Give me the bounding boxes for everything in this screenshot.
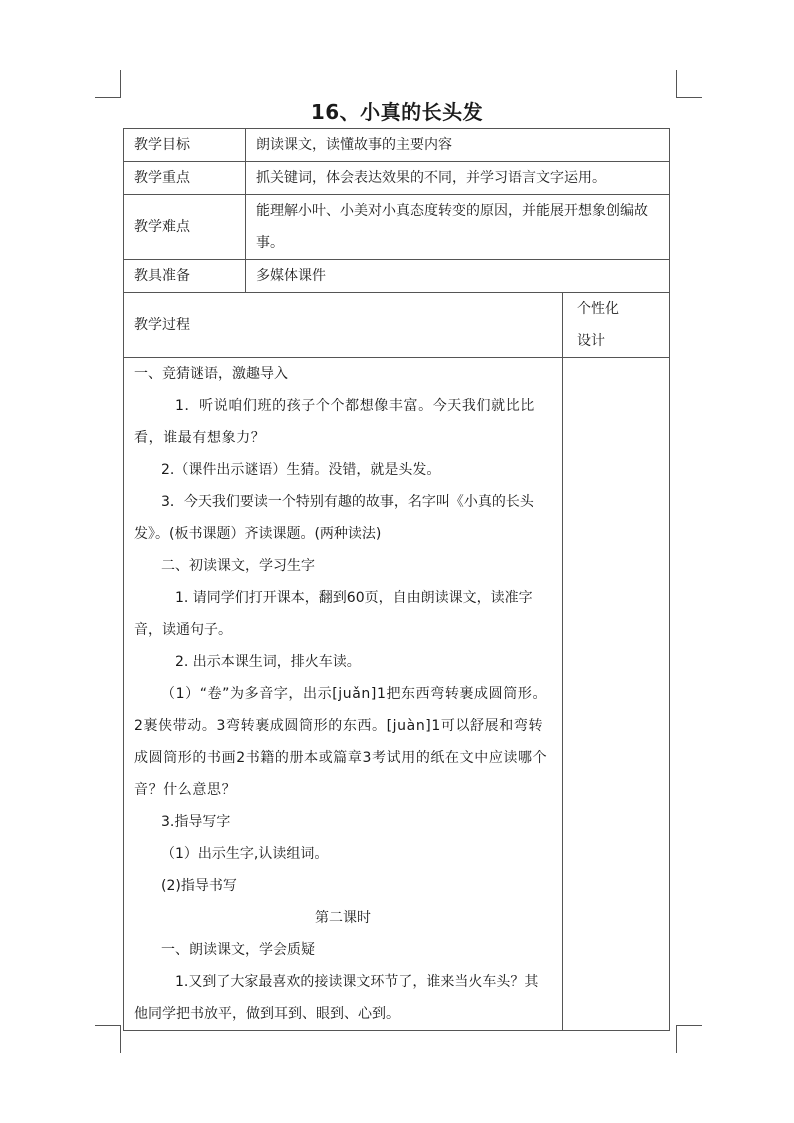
paragraph: 3.指导写字 [134,806,552,838]
label-teaching-objective: 教学目标 [124,129,246,162]
paragraph: (2)指导书写 [134,870,552,902]
session-heading: 第二课时 [134,902,552,934]
paragraph: 2. 出示本课生词，排火车读。 [134,646,552,678]
row-process-body: 一、竞猜谜语，激趣导入 1．听说咱们班的孩子个个都想像丰富。今天我们就比比看，谁… [124,358,670,1031]
row-teaching-objective: 教学目标 朗读课文，读懂故事的主要内容 [124,129,670,162]
section-heading: 二、初读课文，学习生字 [134,550,552,582]
section-heading: 一、竞猜谜语，激趣导入 [134,358,552,390]
label-teaching-aids: 教具准备 [124,260,246,293]
paragraph: 1. 请同学们打开课本，翻到60页，自由朗读课文，读准字音，读通句子。 [134,582,552,646]
paragraph: 3．今天我们要读一个特别有趣的故事，名字叫《小真的长头发》。(板书课题）齐读课题… [134,486,552,550]
section-heading: 一、朗读课文，学会质疑 [134,934,552,966]
crop-mark-top-left [95,70,121,98]
paragraph: （1）出示生字,认读组词。 [134,838,552,870]
personalized-design-line2: 设计 [577,325,659,357]
paragraph: （1）“卷”为多音字，出示[juǎn]1把东西弯转裹成圆筒形。2裹侠带动。3弯转… [134,678,552,806]
value-teaching-aids: 多媒体课件 [246,260,670,293]
personalized-design-cell [563,358,670,1031]
value-teaching-focus: 抓关键词，体会表达效果的不同，并学习语言文字运用。 [246,162,670,195]
row-process-header: 教学过程 个性化 设计 [124,293,670,358]
process-content: 一、竞猜谜语，激趣导入 1．听说咱们班的孩子个个都想像丰富。今天我们就比比看，谁… [124,358,563,1031]
row-teaching-difficulty: 教学难点 能理解小叶、小美对小真态度转变的原因，并能展开想象创编故事。 [124,195,670,260]
label-personalized-design: 个性化 设计 [563,293,670,358]
lesson-plan-table: 教学目标 朗读课文，读懂故事的主要内容 教学重点 抓关键词，体会表达效果的不同，… [123,128,670,1031]
paragraph: 1．听说咱们班的孩子个个都想像丰富。今天我们就比比看，谁最有想象力？ [134,390,552,454]
crop-mark-bottom-left [95,1025,121,1053]
paragraph: 1.又到了大家最喜欢的接读课文环节了，谁来当火车头？其他同学把书放平，做到耳到、… [134,966,552,1030]
label-teaching-process: 教学过程 [124,293,563,358]
label-teaching-difficulty: 教学难点 [124,195,246,260]
page-title: 16、小真的长头发 [0,96,794,125]
label-teaching-focus: 教学重点 [124,162,246,195]
row-teaching-aids: 教具准备 多媒体课件 [124,260,670,293]
personalized-design-line1: 个性化 [577,293,659,325]
row-teaching-focus: 教学重点 抓关键词，体会表达效果的不同，并学习语言文字运用。 [124,162,670,195]
crop-mark-top-right [676,70,702,98]
value-teaching-difficulty: 能理解小叶、小美对小真态度转变的原因，并能展开想象创编故事。 [246,195,670,260]
value-teaching-objective: 朗读课文，读懂故事的主要内容 [246,129,670,162]
paragraph: 2.（课件出示谜语）生猜。没错，就是头发。 [134,454,552,486]
crop-mark-bottom-right [676,1025,702,1053]
